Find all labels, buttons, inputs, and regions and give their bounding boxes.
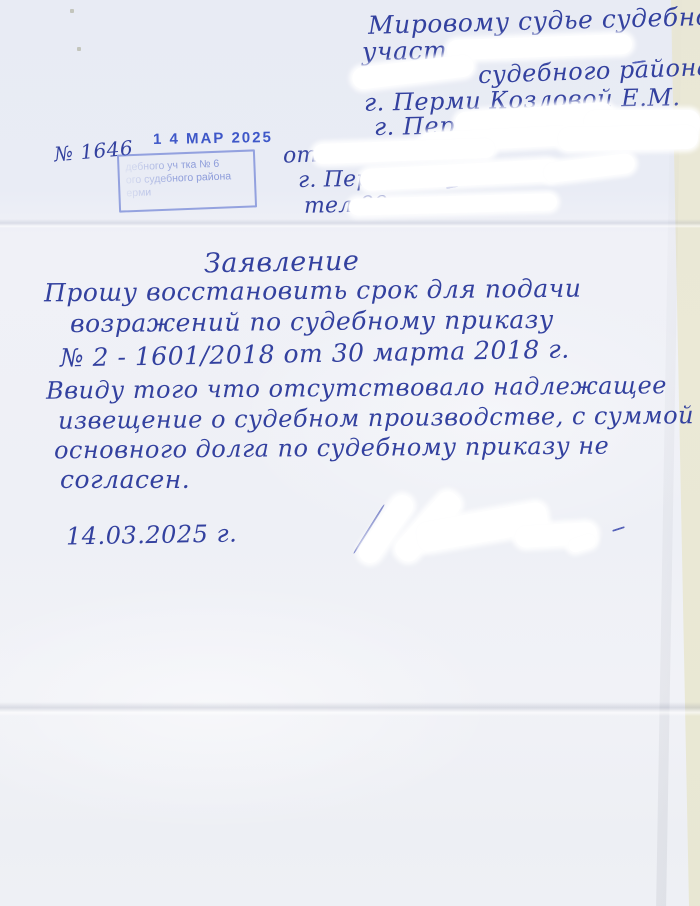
body-line: извещение о судебном производстве, с сум…: [58, 401, 694, 435]
fold-crease-bottom: [0, 702, 700, 716]
scanned-document-page: Мировому судье судебного участка . судеб…: [0, 0, 700, 906]
scan-speck: [70, 9, 74, 13]
document-title: Заявление: [204, 246, 360, 280]
body-line: Ввиду того что отсутствовало надлежащее: [46, 371, 667, 404]
signed-date: 14.03.2025 г.: [66, 520, 238, 551]
date-stamp: 1 4 МАР 2025: [153, 129, 273, 148]
whiteout-mark: [558, 125, 698, 151]
body-line: согласен.: [60, 465, 190, 494]
body-line: основного долга по судебному приказу не: [54, 432, 610, 465]
scan-speck: [77, 47, 81, 51]
body-line: Прошу восстановить срок для подачи: [44, 274, 582, 308]
fold-crease-top: [0, 219, 700, 228]
body-line: возражений по судебному приказу: [70, 305, 554, 338]
court-stamp-box: дебного уч тка № 6 ого судебного района …: [117, 149, 257, 212]
